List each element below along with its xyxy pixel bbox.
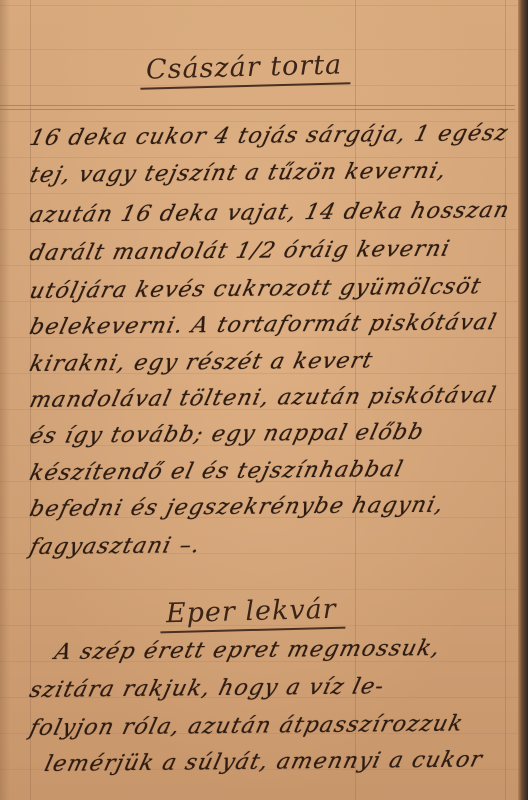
vertical-ruling-right <box>505 0 506 800</box>
notebook-spine <box>518 0 528 800</box>
red-margin-line-1 <box>0 105 515 106</box>
recipe-line: és így tovább; egy nappal előbb <box>27 420 427 449</box>
recipe-line: azután 16 deka vajat, 14 deka hosszan <box>27 198 513 228</box>
recipe-title-eper-lekvar: Eper lekvár <box>160 594 346 634</box>
recipe-line: készítendő el és tejszínhabbal <box>27 457 406 486</box>
recipe-line: befedni és jegszekrénybe hagyni, <box>27 493 447 522</box>
page-left-shadow <box>0 0 10 800</box>
recipe-line: 16 deka cukor 4 tojás sárgája, 1 egész <box>27 121 511 151</box>
recipe-line: A szép érett epret megmossuk, <box>52 636 443 665</box>
red-margin-line-2 <box>0 109 515 110</box>
recipe-title-csaszar-torta: Császár torta <box>140 49 351 89</box>
recipe-line: mandolával tölteni, azután piskótával <box>27 383 499 413</box>
recipe-line: fagyasztani –. <box>27 533 204 560</box>
recipe-line: lemérjük a súlyát, amennyi a cukor <box>42 747 486 777</box>
recipe-line: tej, vagy tejszínt a tűzön keverni, <box>27 159 449 188</box>
recipe-line: utóljára kevés cukrozott gyümölcsöt <box>27 274 484 304</box>
recipe-line: szitára rakjuk, hogy a víz le- <box>27 674 387 703</box>
recipe-line: darált mandolát 1/2 óráig keverni <box>27 237 453 266</box>
recipe-line: kirakni, egy részét a kevert <box>27 348 376 377</box>
recipe-line: belekeverni. A tortaformát piskótával <box>27 310 500 340</box>
recipe-line: folyjon róla, azután átpasszírozzuk <box>27 711 466 741</box>
notebook-page: Császár torta 16 deka cukor 4 tojás sárg… <box>0 0 528 800</box>
